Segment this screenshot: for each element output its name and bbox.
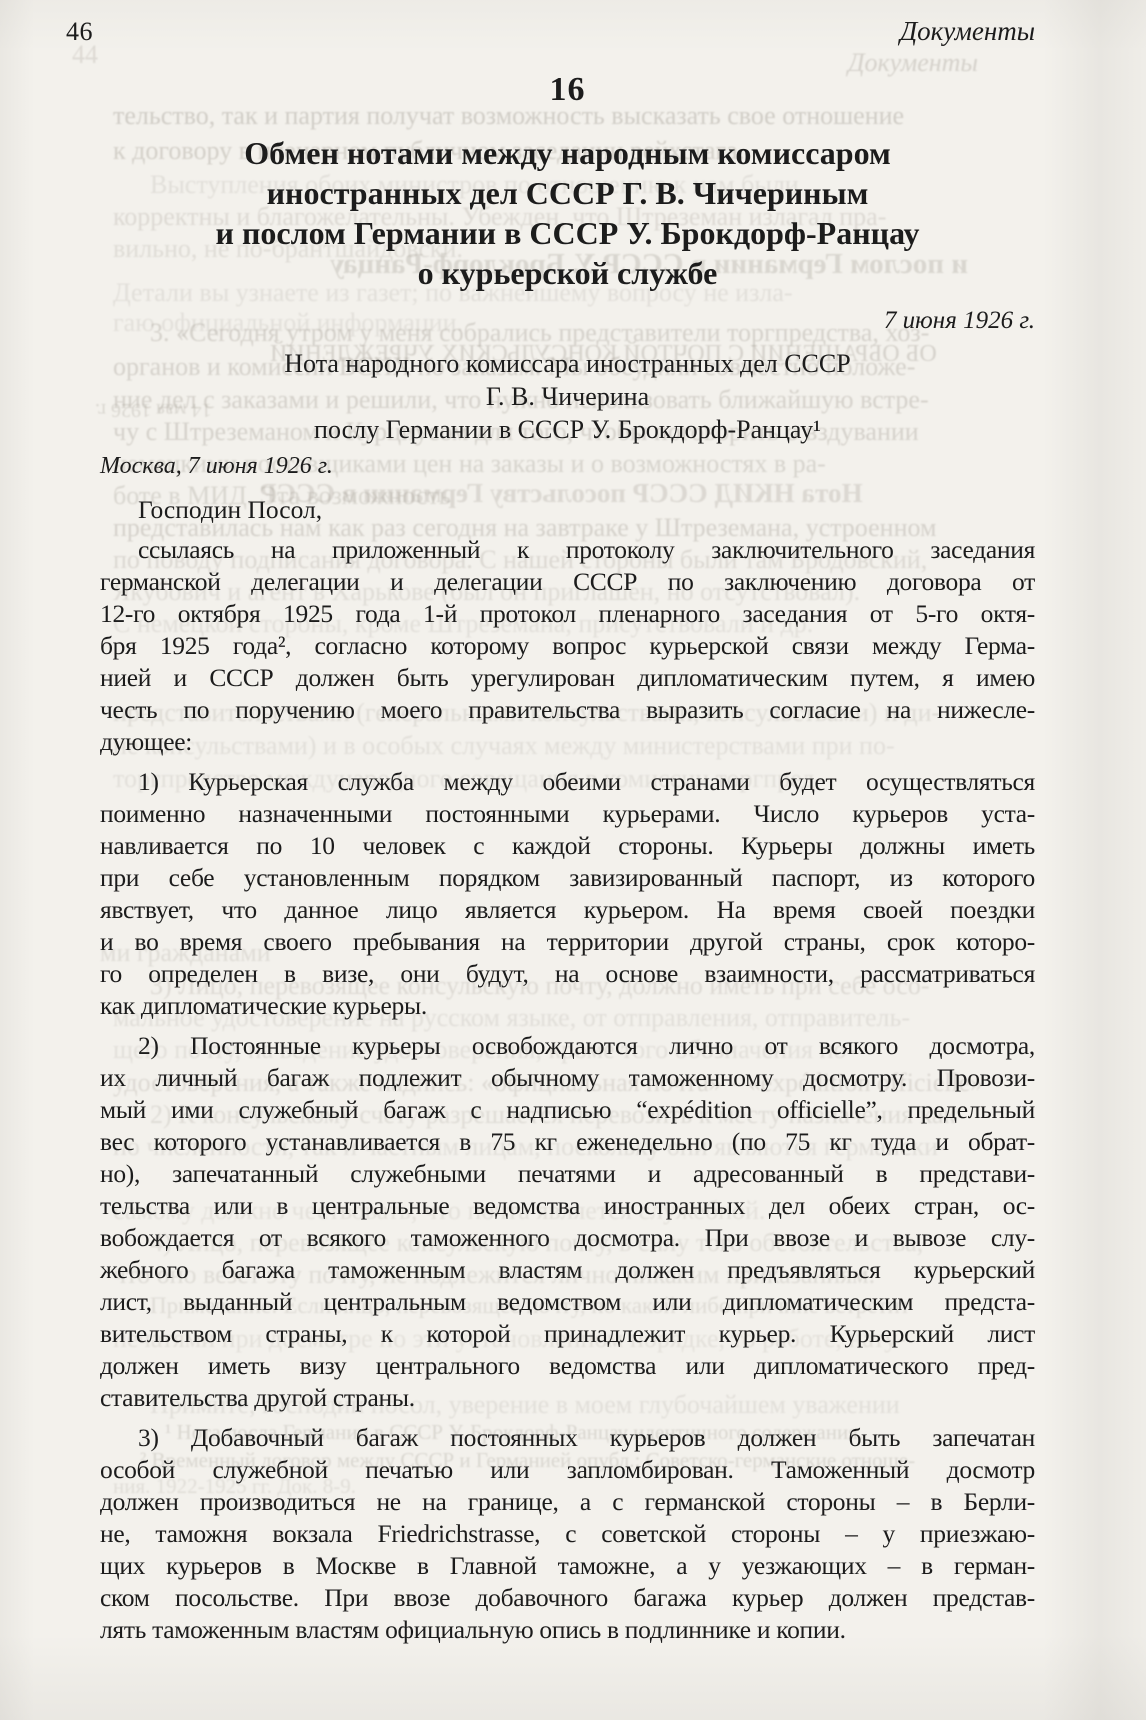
- text-line: вес которого устанавливается в 75 кг еже…: [100, 1126, 1035, 1158]
- text-line: дующее:: [100, 726, 1035, 758]
- page-content: 46 Документы 16 Обмен нотами между народ…: [100, 0, 1035, 1646]
- text-line: ском посольстве. При ввозе добавочного б…: [100, 1582, 1035, 1614]
- note-heading: Нота народного комиссара иностранных дел…: [100, 347, 1035, 446]
- page-number: 46: [66, 17, 93, 47]
- text-line: 12-го октября 1925 года 1-й протокол пле…: [100, 598, 1035, 630]
- text-line: должен производиться не на границе, а с …: [100, 1486, 1035, 1518]
- text-line: но), запечатанный служебными печатями и …: [100, 1158, 1035, 1190]
- text-line: 3) Добавочный багаж постоянных курьеров …: [100, 1422, 1035, 1454]
- text-line: как дипломатические курьеры.: [100, 990, 1035, 1022]
- text-line: бря 1925 года², согласно которому вопрос…: [100, 630, 1035, 662]
- text-line: ссылаясь на приложенный к протоколу закл…: [100, 534, 1035, 566]
- running-head: Документы: [900, 16, 1035, 47]
- title-line: Обмен нотами между народным комиссаром: [100, 133, 1035, 173]
- note-body: ссылаясь на приложенный к протоколу закл…: [100, 534, 1035, 1646]
- salutation: Господин Посол,: [100, 494, 1035, 526]
- text-line: вобождается от всякого таможенного досмо…: [100, 1222, 1035, 1254]
- note-heading-line: Г. В. Чичерина: [100, 380, 1035, 413]
- text-line: честь по поручению моего правительства в…: [100, 694, 1035, 726]
- text-line: лять таможенным властям официальную опис…: [100, 1614, 1035, 1646]
- text-line: при себе установленным порядком завизиро…: [100, 862, 1035, 894]
- paragraph: 1) Курьерская служба между обеими страна…: [100, 766, 1035, 1022]
- page-header: 46 Документы: [100, 16, 1035, 47]
- text-line: 1) Курьерская служба между обеими страна…: [100, 766, 1035, 798]
- paragraph: 2) Постоянные курьеры освобождаются личн…: [100, 1030, 1035, 1414]
- text-line: лист, выданный центральным ведомством ил…: [100, 1286, 1035, 1318]
- note-heading-line: послу Германии в СССР У. Брокдорф-Ранцау…: [100, 413, 1035, 446]
- text-line: жебного багажа таможенным властям должен…: [100, 1254, 1035, 1286]
- text-line: поименно назначенными постоянными курьер…: [100, 798, 1035, 830]
- text-line: мый ими служебный багаж с надписью “expé…: [100, 1094, 1035, 1126]
- text-line: германской делегации и делегации СССР по…: [100, 566, 1035, 598]
- text-line: го определен в визе, они будут, на основ…: [100, 958, 1035, 990]
- text-line: особой служебной печатью или запломбиров…: [100, 1454, 1035, 1486]
- text-line: тельства или в центральные ведомства ино…: [100, 1190, 1035, 1222]
- title-line: о курьерской службе: [100, 253, 1035, 293]
- document-title: Обмен нотами между народным комиссаромин…: [100, 133, 1035, 293]
- text-line: должен иметь визу центрального ведомства…: [100, 1350, 1035, 1382]
- text-line: и во время своего пребывания на территор…: [100, 926, 1035, 958]
- text-line: щих курьеров в Москве в Главной таможне,…: [100, 1550, 1035, 1582]
- note-heading-line: Нота народного комиссара иностранных дел…: [100, 347, 1035, 380]
- text-line: ставительства другой страны.: [100, 1382, 1035, 1414]
- text-line: вительством страны, к которой принадлежи…: [100, 1318, 1035, 1350]
- text-line: явствует, что данное лицо является курье…: [100, 894, 1035, 926]
- scanned-page: 44Документытельство, так и партия получа…: [0, 0, 1146, 1720]
- title-line: и послом Германии в СССР У. Брокдорф-Ран…: [100, 213, 1035, 253]
- title-line: иностранных дел СССР Г. В. Чичериным: [100, 173, 1035, 213]
- text-line: 2) Постоянные курьеры освобождаются личн…: [100, 1030, 1035, 1062]
- text-line: навливается по 10 человек с каждой сторо…: [100, 830, 1035, 862]
- document-date: 7 июня 1926 г.: [100, 307, 1035, 335]
- text-line: нией и СССР должен быть урегулирован дип…: [100, 662, 1035, 694]
- paragraph: 3) Добавочный багаж постоянных курьеров …: [100, 1422, 1035, 1646]
- paragraph: ссылаясь на приложенный к протоколу закл…: [100, 534, 1035, 758]
- document-number: 16: [100, 71, 1035, 109]
- text-line: их личный багаж подлежит обычному таможе…: [100, 1062, 1035, 1094]
- dateline: Москва, 7 июня 1926 г.: [100, 453, 1035, 480]
- text-line: не, таможня вокзала Friedrichstrasse, с …: [100, 1518, 1035, 1550]
